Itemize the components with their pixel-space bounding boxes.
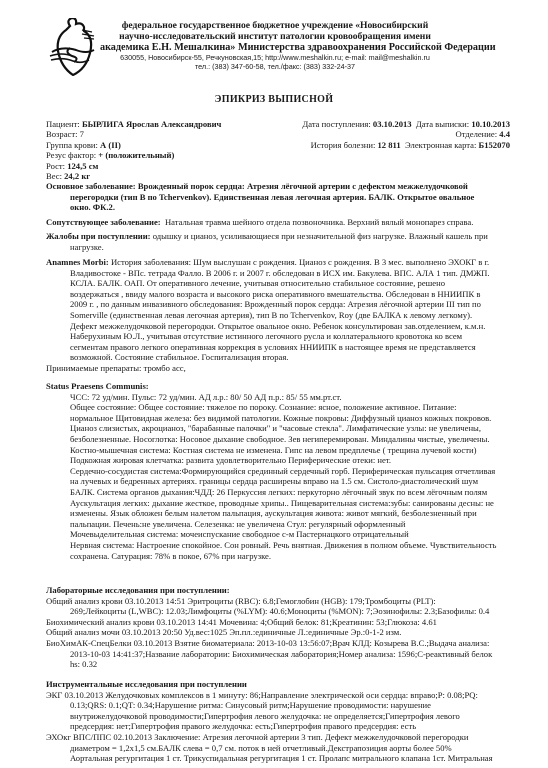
vitals-line: ЧСС: 72 уд/мин. Пульс: 72 уд/мин. АД л.р… [70,392,506,403]
label: Группа крови: [46,140,98,150]
instrumental-entry-cont: диаметром = 1,2х1,5 см.БАЛК слева = 0,7 … [46,743,506,754]
instrumental-entry-cont: предсердия: нет;Гипертрофия правого желу… [46,721,506,732]
document-title: ЭПИКРИЗ ВЫПИСНОЙ [0,94,548,105]
status-line: изменены. Язык обложен белым налетом пал… [70,508,506,519]
patient-name: БЫРЛИГА Ярослав Александрович [82,119,221,129]
medications: Принимаемые препараты: тромбо асс, [46,363,506,374]
org-line-3: академика Е.Н. Мешалкина» Министерства з… [100,42,450,53]
patient-height: 124,5 см [67,161,98,171]
instrumental-entry-cont: внутрижелудочковой проводимости;Гипертро… [46,711,506,722]
label: Электронная карта: [405,140,476,150]
patient-age: 7 [80,129,84,139]
weight-row: Вес: 24,2 кг [46,171,221,181]
rh-factor-row: Резус фактор: + (положительный) [46,150,221,160]
anamnesis-line: сегментам правого легкого оперативная ко… [70,342,476,352]
main-diagnosis-line: Врожденный порок сердца: Атрезия лёгочно… [138,181,468,191]
lab-entry-cont: 2013-10-03 14:41:37;Название лаборатории… [46,649,506,660]
records-row: История болезни: 12 811 Электронная карт… [302,140,510,150]
main-diagnosis: Основное заболевание: Врожденный порок с… [46,181,506,213]
medications-text: тромбо асс, [144,363,186,373]
status-line: Аускультация легких: дыхание жесткое, пр… [70,498,506,509]
electronic-card-number: Б152070 [479,140,510,150]
instrumental-entry-cont: 0.13;QRS: 0.1;QT: 0.34;Нарушение ритма: … [46,700,506,711]
label: Дата поступления: [302,119,370,129]
status-line: сохранена. Сатурация: 78% в покое, 67% п… [70,551,506,562]
concomitant-diagnosis: Сопутствующее заболевание: Натальная тра… [46,217,506,228]
lab-entry: Общий анализ мочи 03.10.2013 20:50 Уд.ве… [46,627,506,638]
instrumental-entry-cont: Аортальная регургитация 1 ст. Трикуспида… [46,753,506,764]
main-diagnosis-line: окно. ФК.2. [70,202,115,212]
lab-entry-cont: hs: 0.32 [46,659,506,670]
main-diagnosis-line: перегородки (тип В по Tchervenkov). Един… [70,192,474,202]
medications-label: Принимаемые препараты: [46,363,141,373]
status-body: ЧСС: 72 уд/мин. Пульс: 72 уд/мин. АД л.р… [46,392,506,562]
org-line-1: федеральное государственное бюджетное уч… [100,20,450,31]
complaints-label: Жалобы при поступлении: [46,231,151,241]
label: Вес: [46,171,62,181]
anamnesis-line: Владивостоке - ВПс. тетрада Фалло. В 200… [70,268,490,278]
org-line-2: научно-исследовательский институт патоло… [100,31,450,42]
lab-entry: Общий анализ крови 03.10.2013 14:51 Эрит… [46,596,506,607]
anamnesis-line: Наберухиным Ю.Л., учитывая отсутствие ис… [70,331,462,341]
anamnesis-line: Somerville (единственная левая легочная … [70,310,472,320]
anamnesis-morbi: Anamnes Morbi: История заболевания: Шум … [46,257,506,363]
patient-info: Пациент: БЫРЛИГА Ярослав Александрович В… [46,119,221,181]
status-line: БАЛК. Система органов дыхания:ЧДД: 26 Пе… [70,487,506,498]
dates-row: Дата поступления: 03.10.2013 Дата выписк… [302,119,510,129]
concomitant-label: Сопутствующее заболевание: [46,217,161,227]
instrumental-tests-section: Инструментальные исследования при поступ… [46,679,506,764]
anamnesis-line: воздержаться , ввиду малого возраста и в… [70,289,480,299]
status-line: Подкожная жировая клетчатка: развита удо… [70,455,506,466]
status-line: Сердечно-сосудистая система:Формирующийс… [70,466,506,477]
department-row: Отделение: 4.4 [302,129,510,139]
instrumental-tests-label: Инструментальные исследования при поступ… [46,679,506,690]
label: Рост: [46,161,65,171]
status-line: на лучевых и бедренных артериях. границы… [70,476,506,487]
status-praesens-section: Status Praesens Communis: ЧСС: 72 уд/мин… [46,381,506,561]
label: Пациент: [46,119,80,129]
label: Возраст: [46,129,78,139]
org-phones: тел.: (383) 347-60-58, тел./факс: (383) … [100,62,450,71]
discharge-date: 10.10.2013 [471,119,510,129]
status-line: безболезненные. Носоглотка: Носовое дыха… [70,434,506,445]
status-line: пальпации. Печень:не увеличена. Селезенк… [70,519,506,530]
status-line: Мочевыделительная система: мочеиспускани… [70,529,506,540]
status-line: Общее состояние: Общее состояние: тяжело… [70,402,506,413]
case-history-number: 12 811 [378,140,401,150]
label: Дата выписки: [416,119,469,129]
status-line: Нервная система: Настроение спокойное. С… [70,540,506,551]
admission-info: Дата поступления: 03.10.2013 Дата выписк… [302,119,510,150]
diagnosis-section: Основное заболевание: Врожденный порок с… [46,181,506,253]
anamnesis-line: Дефект межжелудочковой перегородки. Откр… [70,321,485,331]
label: История болезни: [311,140,376,150]
anamnesis-line: возможной. Состояние стабильное. Госпита… [70,352,288,362]
blood-group-row: Группа крови: А (II) [46,140,221,150]
anamnesis-line: История заболевания: Шум выслушан с рожд… [111,257,489,267]
patient-name-row: Пациент: БЫРЛИГА Ярослав Александрович [46,119,221,129]
concomitant-text: Натальная травма шейного отдела позвоноч… [165,217,473,227]
institution-header: федеральное государственное бюджетное уч… [100,20,450,71]
lab-entry: БиоХимАК-СпецБелки 03.10.2013 Взятие био… [46,638,506,649]
label: Отделение: [456,129,498,139]
discharge-summary-page: федеральное государственное бюджетное уч… [0,0,548,768]
org-address: 630055, Новосибирск-55, Речкуновская,15;… [100,53,450,62]
instrumental-entry: ЭХОкг ВПС/ППС 02.10.2013 Заключение: Атр… [46,732,506,743]
anamnesis-section: Anamnes Morbi: История заболевания: Шум … [46,257,506,374]
instrumental-entry: ЭКГ 03.10.2013 Желудочковых комплексов в… [46,690,506,701]
department: 4.4 [499,129,510,139]
lab-tests-label: Лабораторные исследования при поступлени… [46,585,506,596]
lab-entry: Биохимический анализ крови 03.10.2013 14… [46,617,506,628]
anamnesis-label: Anamnes Morbi: [46,257,109,267]
status-line: Цианоз слизистых, акроцианоз, "барабанны… [70,423,506,434]
complaints-line: одышку и цианоз, усиливающиеся при незна… [153,231,488,241]
patient-weight: 24,2 кг [64,171,90,181]
blood-group: А (II) [100,140,121,150]
complaints-line: нагрузке. [70,242,104,252]
admission-complaints: Жалобы при поступлении: одышку и цианоз,… [46,231,506,252]
main-diagnosis-label: Основное заболевание: [46,181,136,191]
heart-hands-logo-icon [48,18,98,76]
anamnesis-line: КСЛА. БАЛК. ОАП. От оперативного лечение… [70,278,445,288]
status-line: нормальное Щитовидная железа: без видимо… [70,413,506,424]
status-label: Status Praesens Communis: [46,381,506,392]
rh-factor: + (положительный) [98,150,174,160]
lab-entry-cont: 269;Лейкоциты (L,WBC): 12.03;Лимфоциты (… [46,606,506,617]
patient-age-row: Возраст: 7 [46,129,221,139]
admission-date: 03.10.2013 [373,119,412,129]
lab-tests-section: Лабораторные исследования при поступлени… [46,585,506,670]
status-line: Костно-мышечная система: Костная система… [70,445,506,456]
anamnesis-line: 2009 г. , по данным инвазивного обследов… [70,299,481,309]
height-row: Рост: 124,5 см [46,161,221,171]
label: Резус фактор: [46,150,96,160]
